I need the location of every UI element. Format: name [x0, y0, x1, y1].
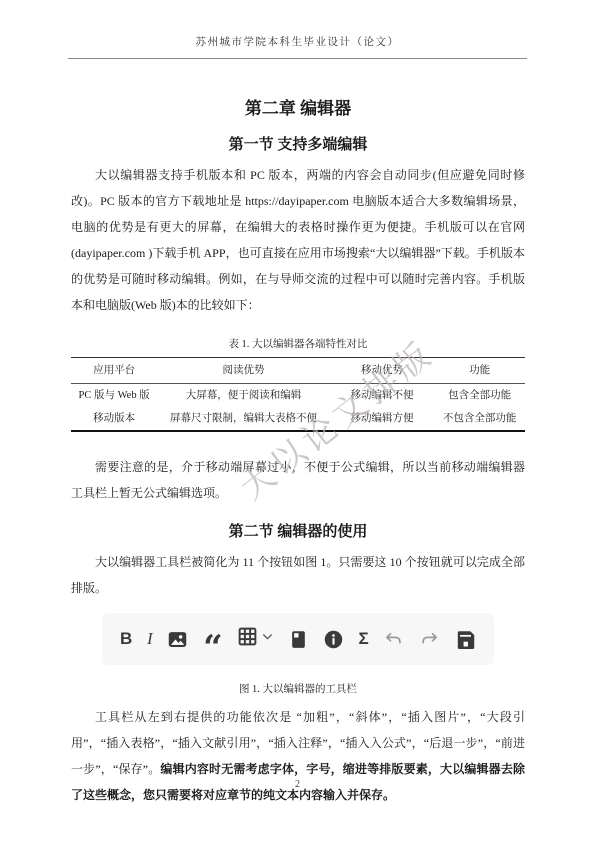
table-body: PC 版与 Web 版大屏幕，便于阅读和编辑移动编辑不便包含全部功能移动版本屏幕…: [71, 384, 525, 432]
table-cell: 大屏幕，便于阅读和编辑: [157, 384, 330, 408]
table-header-cell: 应用平台: [71, 358, 157, 384]
save-icon: [455, 613, 476, 665]
table-row: 移动版本屏幕尺寸限制，编辑大表格不便移动编辑方便不包含全部功能: [71, 407, 525, 431]
section-title-2: 第二节 编辑器的使用: [71, 520, 525, 541]
table-cell: 移动版本: [71, 407, 157, 431]
paragraph-functions: 工具栏从左到右提供的功能依次是 “加粗”，“斜体”，“插入图片”，“大段引用”，…: [71, 704, 525, 808]
redo-icon: [419, 613, 440, 665]
editor-toolbar-figure: B I “: [102, 613, 494, 665]
formula-icon: Σ: [359, 613, 369, 665]
chapter-title: 第二章 编辑器: [71, 94, 525, 119]
paragraph-intro: 大以编辑器支持手机版本和 PC 版本，两端的内容会自动同步(但应避免同时修改)。…: [71, 162, 525, 318]
insert-table-control: [237, 613, 274, 665]
section-title-1: 第一节 支持多端编辑: [71, 133, 525, 154]
table-header-cell: 阅读优势: [157, 358, 330, 384]
page-content: 第二章 编辑器 第一节 支持多端编辑 大以编辑器支持手机版本和 PC 版本，两端…: [71, 84, 525, 808]
page-header: 苏州城市学院本科生毕业设计（论文）: [68, 34, 527, 59]
figure-caption: 图 1. 大以编辑器的工具栏: [71, 681, 525, 696]
comparison-table: 应用平台阅读优势移动优势功能 PC 版与 Web 版大屏幕，便于阅读和编辑移动编…: [71, 357, 525, 432]
table-header-cell: 功能: [434, 358, 525, 384]
table-cell: 不包含全部功能: [434, 407, 525, 431]
table-header-cell: 移动优势: [330, 358, 434, 384]
page-number: 2: [0, 779, 595, 790]
paragraph-toolbar-intro: 大以编辑器工具栏被简化为 11 个按钮如图 1。只需要这 10 个按钮就可以完成…: [71, 549, 525, 601]
table-cell: 移动编辑不便: [330, 384, 434, 408]
table-caption: 表 1. 大以编辑器各端特性对比: [71, 336, 525, 351]
table-cell: 包含全部功能: [434, 384, 525, 408]
insert-image-icon: [167, 613, 188, 665]
blockquote-icon: “: [203, 622, 223, 674]
insert-table-icon: [237, 626, 258, 652]
undo-icon: [383, 613, 404, 665]
table-cell: PC 版与 Web 版: [71, 384, 157, 408]
document-page: 苏州城市学院本科生毕业设计（论文） 第二章 编辑器 第一节 支持多端编辑 大以编…: [0, 0, 595, 842]
italic-icon: I: [147, 613, 153, 665]
table-header-row: 应用平台阅读优势移动优势功能: [71, 358, 525, 384]
note-icon: [289, 613, 308, 665]
table-cell: 屏幕尺寸限制，编辑大表格不便: [157, 407, 330, 431]
bold-icon: B: [120, 613, 132, 665]
paragraph-note: 需要注意的是，介于移动端屏幕过小，不便于公式编辑，所以当前移动端编辑器工具栏上暂…: [71, 454, 525, 506]
table-row: PC 版与 Web 版大屏幕，便于阅读和编辑移动编辑不便包含全部功能: [71, 384, 525, 408]
info-icon: [323, 613, 344, 665]
table-cell: 移动编辑方便: [330, 407, 434, 431]
chevron-down-icon: [261, 630, 274, 648]
